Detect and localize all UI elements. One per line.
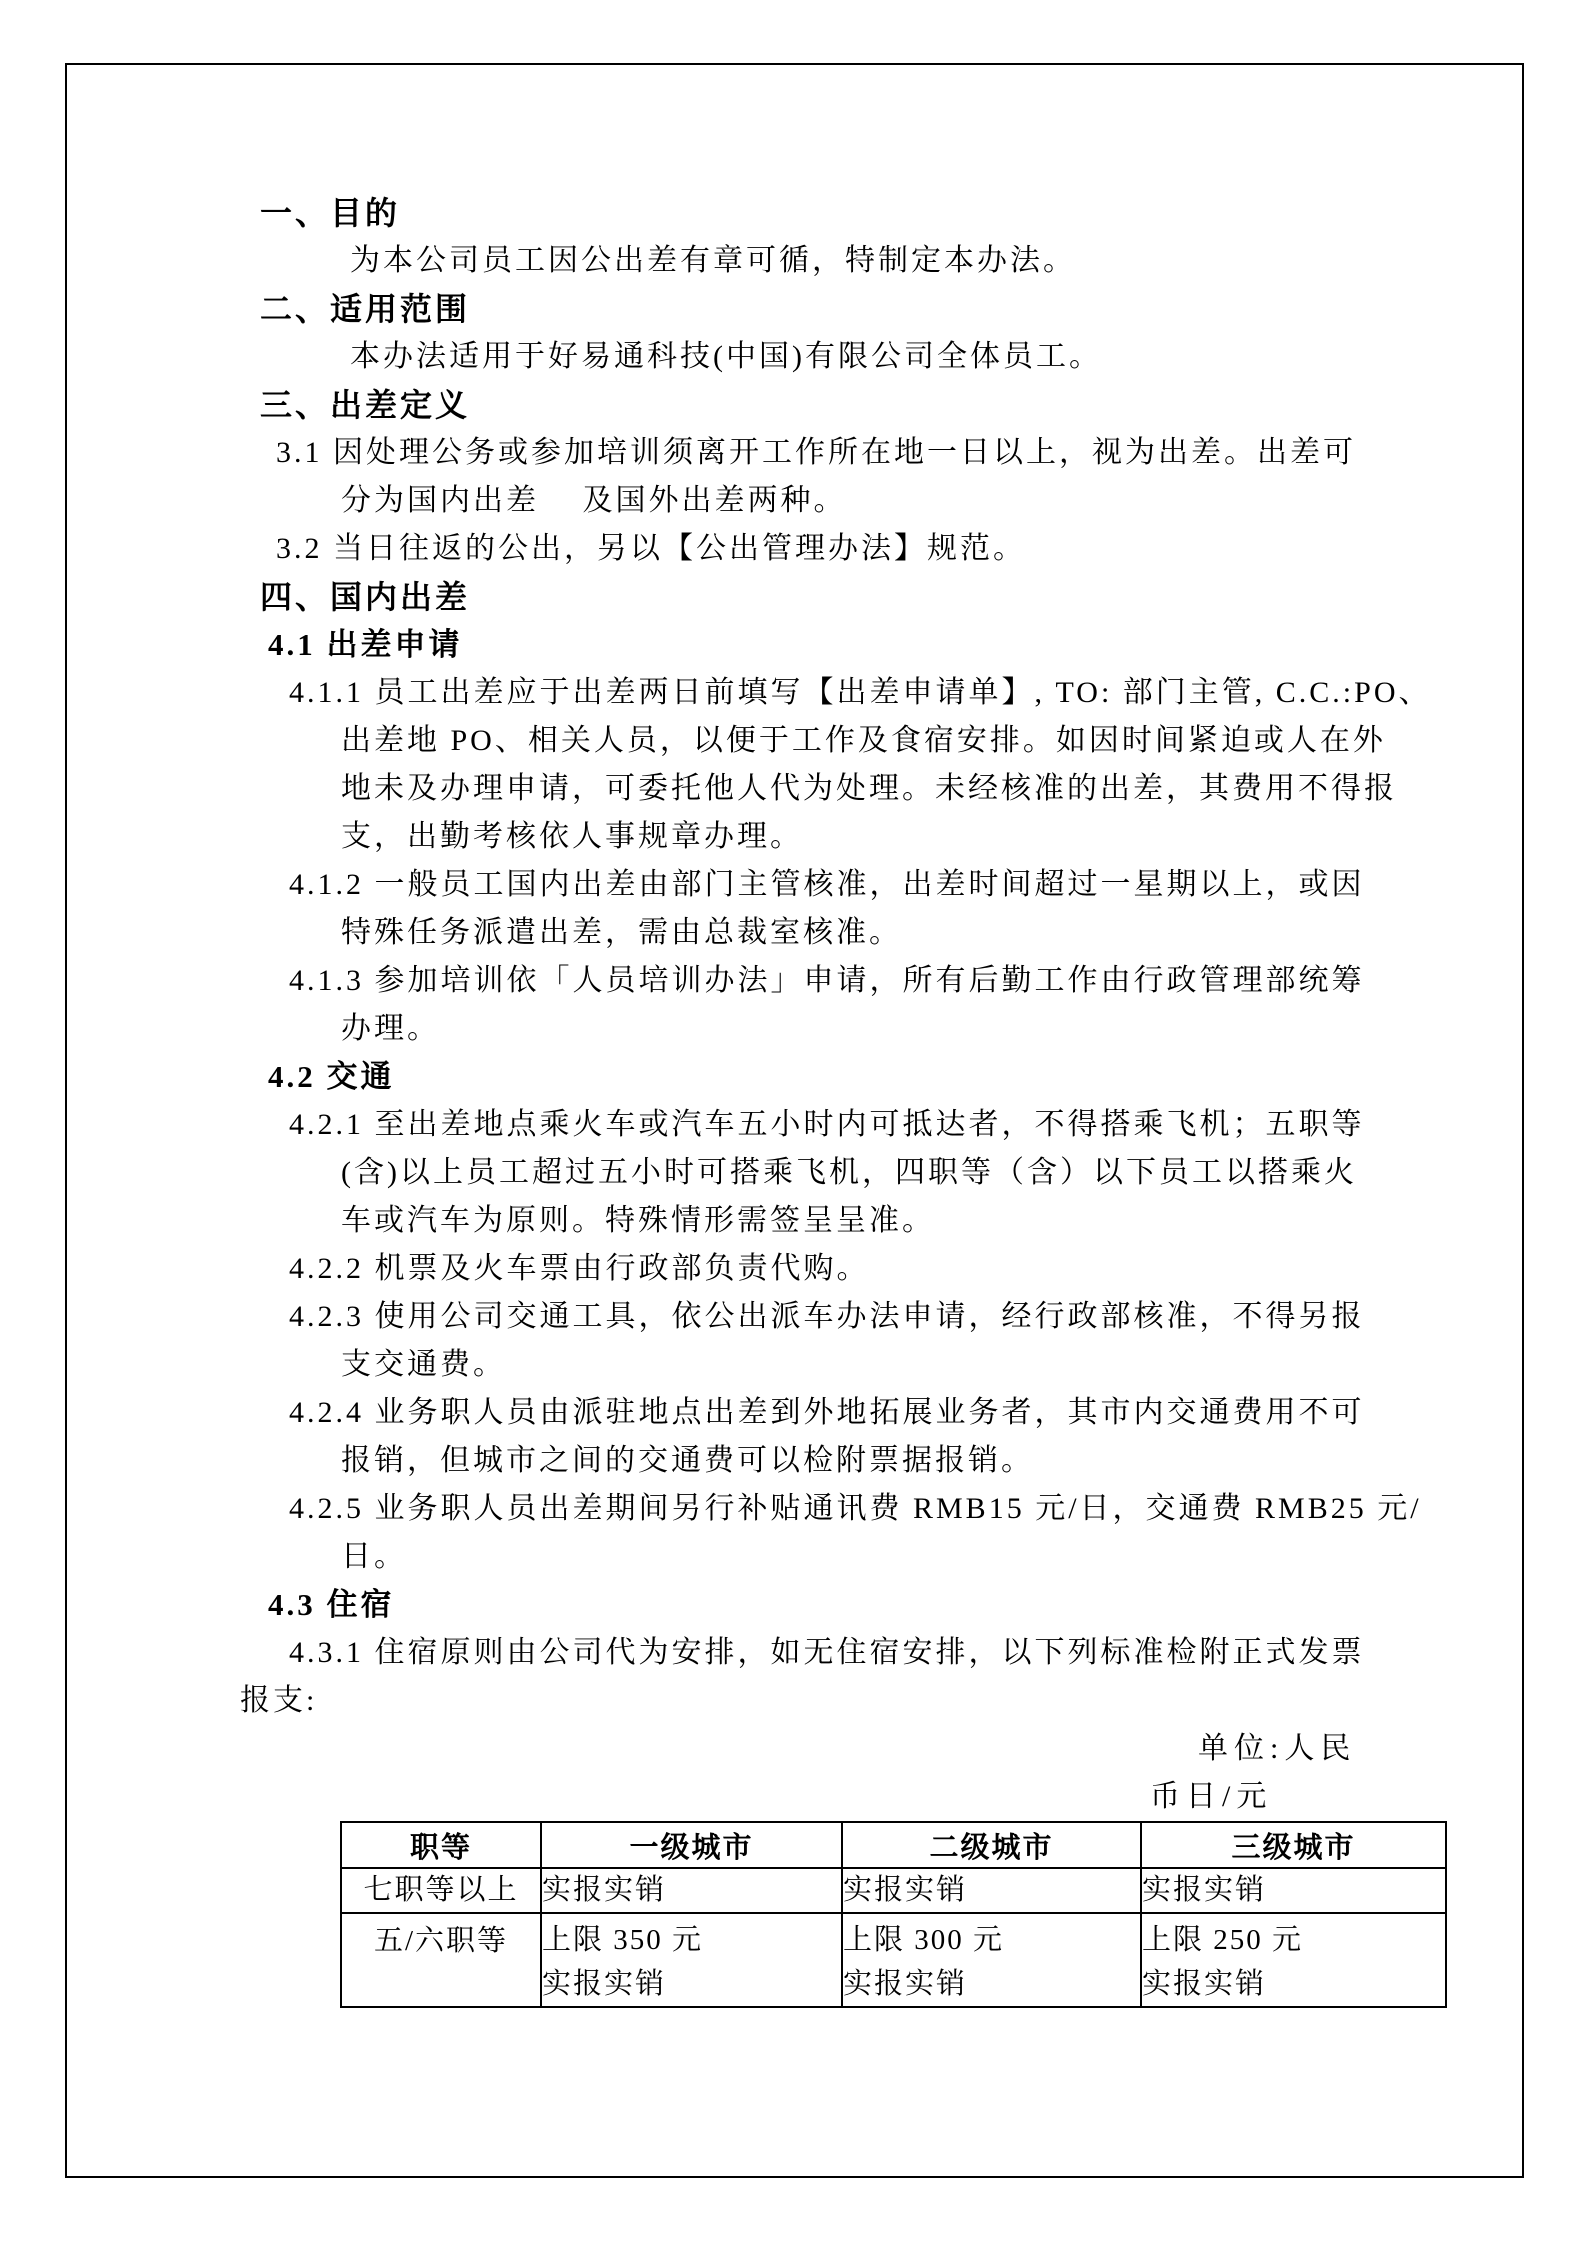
heading-domestic-travel: 四、国内出差: [67, 573, 1522, 621]
lodging-standard-table: 职等 一级城市 二级城市 三级城市 七职等以上 实报实销 实报实销: [340, 1821, 1447, 2008]
heading-scope: 二、适用范围: [67, 285, 1522, 333]
clause-3-1: 3.1 因处理公务或参加培训须离开工作所在地一日以上，视为出差。出差可: [67, 429, 1522, 477]
paragraph-line: 本办法适用于好易通科技(中国)有限公司全体员工。: [67, 333, 1522, 381]
clause-4-3-1: 4.3.1 住宿原则由公司代为安排，如无住宿安排，以下列标准检附正式发票: [67, 1629, 1522, 1677]
cell-line: 实报实销: [843, 1962, 1140, 2006]
subheading-travel-request: 4.1 出差申请: [67, 621, 1522, 669]
paragraph-line: 地未及办理申请，可委托他人代为处理。未经核准的出差，其费用不得报: [67, 765, 1522, 813]
cell-line: 实报实销: [542, 1962, 841, 2006]
paragraph-line: 报销，但城市之间的交通费可以检附票据报销。: [67, 1437, 1522, 1485]
clause-3-2: 3.2 当日往返的公出，另以【公出管理办法】规范。: [67, 525, 1522, 573]
table-row: 五/六职等 上限 350 元 实报实销 上限 300 元 实报实销 上限 250…: [341, 1913, 1446, 2007]
paragraph-line: 办理。: [67, 1005, 1522, 1053]
table-header-grade: 职等: [341, 1822, 541, 1868]
paragraph-line: 报支:: [67, 1677, 1522, 1725]
document-content: 一、目的 为本公司员工因公出差有章可循，特制定本办法。 二、适用范围 本办法适用…: [67, 65, 1522, 2008]
paragraph-line: 分为国内出差 及国外出差两种。: [67, 477, 1522, 525]
table-cell: 实报实销: [842, 1868, 1141, 1913]
clause-4-2-5: 4.2.5 业务职人员出差期间另行补贴通讯费 RMB15 元/日，交通费 RMB…: [67, 1485, 1522, 1533]
grade-cell: 五/六职等: [341, 1913, 541, 2007]
clause-4-1-2: 4.1.2 一般员工国内出差由部门主管核准，出差时间超过一星期以上，或因: [67, 861, 1522, 909]
table-cell: 实报实销: [1141, 1868, 1446, 1913]
table-cell: 上限 250 元 实报实销: [1141, 1913, 1446, 2007]
table-cell: 上限 300 元 实报实销: [842, 1913, 1141, 2007]
clause-4-1-3: 4.1.3 参加培训依「人员培训办法」申请，所有后勤工作由行政管理部统筹: [67, 957, 1522, 1005]
cell-line: 实报实销: [1142, 1962, 1445, 2006]
cell-line: 实报实销: [1142, 1869, 1445, 1912]
clause-4-2-3: 4.2.3 使用公司交通工具，依公出派车办法申请，经行政部核准，不得另报: [67, 1293, 1522, 1341]
clause-4-2-1: 4.2.1 至出差地点乘火车或汽车五小时内可抵达者，不得搭乘飞机；五职等: [67, 1101, 1522, 1149]
cell-line: 上限 300 元: [843, 1918, 1140, 1962]
cell-line: 实报实销: [843, 1869, 1140, 1912]
subheading-transport: 4.2 交通: [67, 1053, 1522, 1101]
subheading-lodging: 4.3 住宿: [67, 1581, 1522, 1629]
paragraph-line: (含)以上员工超过五小时可搭乘飞机，四职等（含）以下员工以搭乘火: [67, 1149, 1522, 1197]
page-border-frame: 一、目的 为本公司员工因公出差有章可循，特制定本办法。 二、适用范围 本办法适用…: [65, 63, 1524, 2178]
paragraph-line: 出差地 PO、相关人员，以便于工作及食宿安排。如因时间紧迫或人在外: [67, 717, 1522, 765]
table-cell: 上限 350 元 实报实销: [541, 1913, 842, 2007]
table-header-tier1-city: 一级城市: [541, 1822, 842, 1868]
unit-note-line-2: 币日/元: [67, 1773, 1522, 1821]
document-page: 一、目的 为本公司员工因公出差有章可循，特制定本办法。 二、适用范围 本办法适用…: [0, 0, 1587, 2245]
table-row: 七职等以上 实报实销 实报实销 实报实销: [341, 1868, 1446, 1913]
heading-purpose: 一、目的: [67, 189, 1522, 237]
paragraph-line: 日。: [67, 1533, 1522, 1581]
paragraph-line: 车或汽车为原则。特殊情形需签呈呈准。: [67, 1197, 1522, 1245]
clause-4-2-2: 4.2.2 机票及火车票由行政部负责代购。: [67, 1245, 1522, 1293]
table-header-row: 职等 一级城市 二级城市 三级城市: [341, 1822, 1446, 1868]
paragraph-line: 特殊任务派遣出差，需由总裁室核准。: [67, 909, 1522, 957]
heading-travel-definition: 三、出差定义: [67, 381, 1522, 429]
cell-line: 实报实销: [542, 1869, 841, 1912]
paragraph-line: 支，出勤考核依人事规章办理。: [67, 813, 1522, 861]
table-cell: 实报实销: [541, 1868, 842, 1913]
grade-cell: 七职等以上: [341, 1868, 541, 1913]
paragraph-line: 支交通费。: [67, 1341, 1522, 1389]
clause-4-2-4: 4.2.4 业务职人员由派驻地点出差到外地拓展业务者，其市内交通费用不可: [67, 1389, 1522, 1437]
table-header-tier3-city: 三级城市: [1141, 1822, 1446, 1868]
cell-line: 上限 250 元: [1142, 1918, 1445, 1962]
paragraph-line: 为本公司员工因公出差有章可循，特制定本办法。: [67, 237, 1522, 285]
cell-line: 上限 350 元: [542, 1918, 841, 1962]
clause-4-1-1: 4.1.1 员工出差应于出差两日前填写【出差申请单】, TO: 部门主管, C.…: [67, 669, 1522, 717]
unit-note-line-1: 单位:人民: [67, 1725, 1522, 1773]
table-header-tier2-city: 二级城市: [842, 1822, 1141, 1868]
